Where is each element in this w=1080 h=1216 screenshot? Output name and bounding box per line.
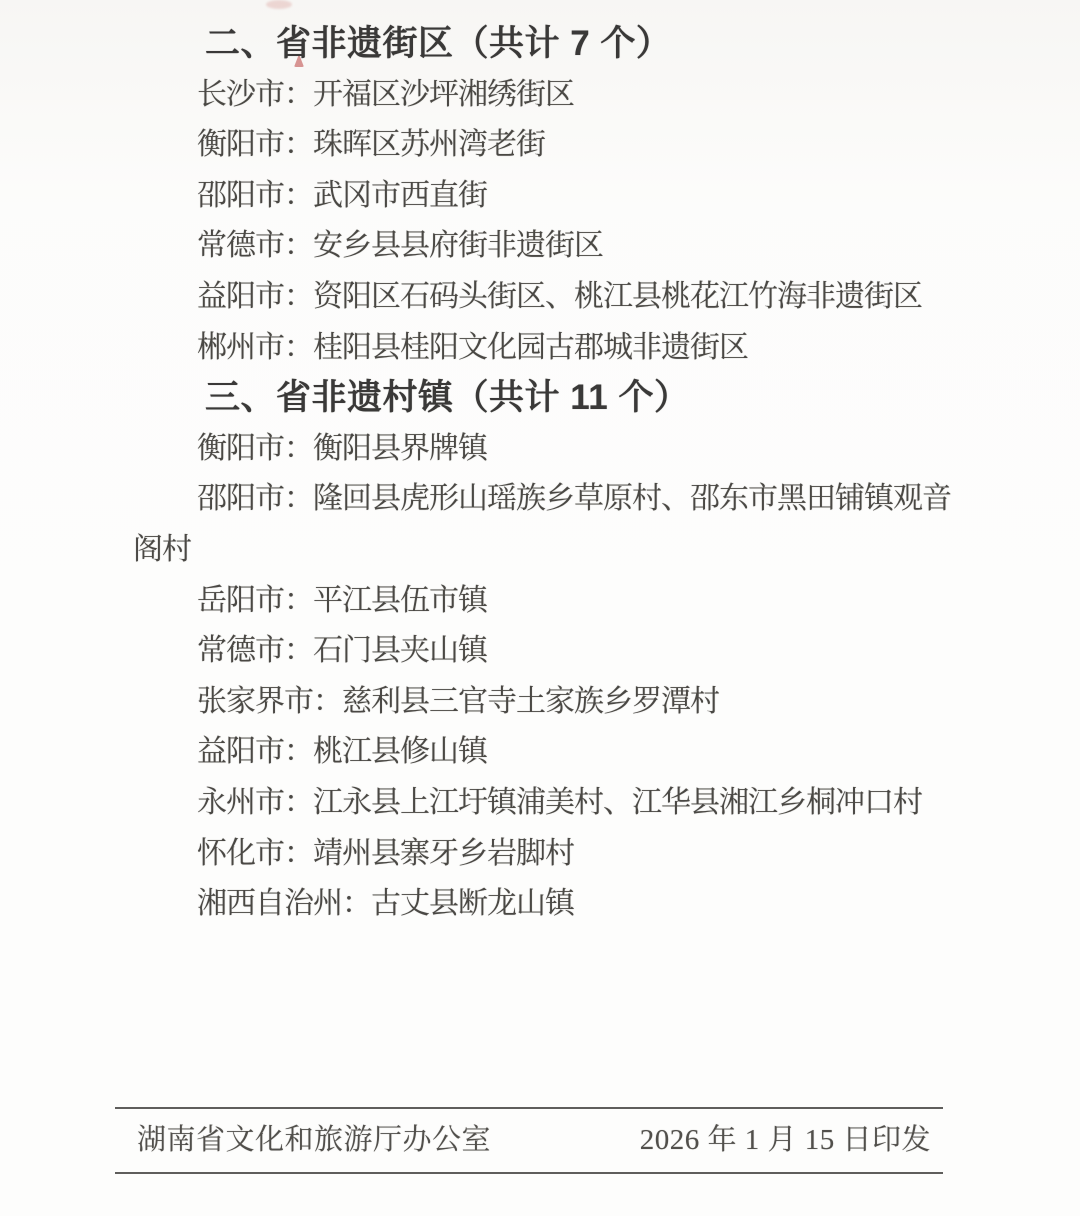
section-heading-villages-towns: 三、省非遗村镇（共计 11 个）	[133, 373, 957, 424]
list-item-yueyang-village: 岳阳市：平江县伍市镇	[133, 576, 957, 627]
list-item-changde-street: 常德市：安乡县县府街非遗街区	[133, 221, 957, 272]
footer-print-date: 2026 年 1 月 15 日印发	[640, 1120, 931, 1160]
list-item-changde-village: 常德市：石门县夹山镇	[133, 626, 957, 677]
list-item-shaoyang-village: 邵阳市：隆回县虎形山瑶族乡草原村、邵东市黑田铺镇观音阁村	[133, 474, 957, 575]
section-heading-street-districts: 二、省非遗街区（共计 7 个）	[133, 19, 957, 70]
footer-rule-bottom	[115, 1172, 943, 1174]
footer-rule-top	[115, 1107, 943, 1109]
list-item-yongzhou-village: 永州市：江永县上江圩镇浦美村、江华县湘江乡桐冲口村	[133, 778, 957, 829]
list-item-yiyang-street: 益阳市：资阳区石码头街区、桃江县桃花江竹海非遗街区	[133, 272, 957, 323]
list-item-changsha-street: 长沙市：开福区沙坪湘绣街区	[133, 70, 957, 121]
list-item-hengyang-village: 衡阳市：衡阳县界牌镇	[133, 424, 957, 475]
list-item-shaoyang-street: 邵阳市：武冈市西直街	[133, 171, 957, 222]
scan-smudge-artifact	[266, 0, 292, 9]
list-item-huaihua-village: 怀化市：靖州县寨牙乡岩脚村	[133, 829, 957, 880]
document-body: 二、省非遗街区（共计 7 个） 长沙市：开福区沙坪湘绣街区 衡阳市：珠晖区苏州湾…	[133, 19, 957, 930]
list-item-yiyang-village: 益阳市：桃江县修山镇	[133, 727, 957, 778]
list-item-zhangjiajie-village: 张家界市：慈利县三官寺土家族乡罗潭村	[133, 677, 957, 728]
list-item-chenzhou-street: 郴州市：桂阳县桂阳文化园古郡城非遗街区	[133, 323, 957, 374]
scanned-page: 二、省非遗街区（共计 7 个） 长沙市：开福区沙坪湘绣街区 衡阳市：珠晖区苏州湾…	[0, 0, 1080, 1216]
footer-row: 湖南省文化和旅游厅办公室 2026 年 1 月 15 日印发	[115, 1120, 943, 1160]
list-item-hengyang-street: 衡阳市：珠晖区苏州湾老街	[133, 120, 957, 171]
list-item-xiangxi-village: 湘西自治州：古丈县断龙山镇	[133, 879, 957, 930]
footer-issuing-office: 湖南省文化和旅游厅办公室	[137, 1120, 491, 1160]
